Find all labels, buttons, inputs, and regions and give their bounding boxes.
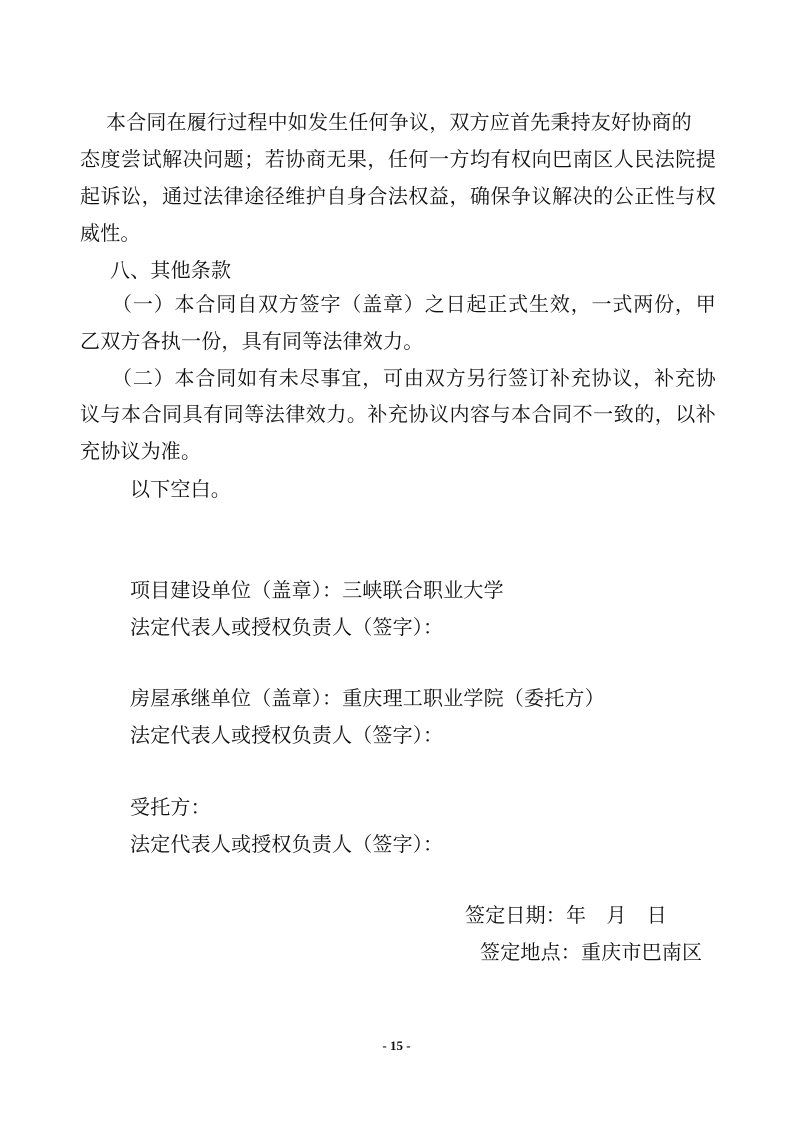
sign-date: 签定日期：年 月 日: [465, 902, 667, 928]
sign-place: 签定地点：重庆市巴南区: [480, 939, 702, 965]
clause-1-line-2: 乙双方各执一份，具有同等法律效力。: [80, 328, 423, 354]
party-c-representative: 法定代表人或授权负责人（签字）：: [130, 831, 443, 857]
party-c-unit: 受托方：: [130, 794, 211, 820]
party-a-representative: 法定代表人或授权负责人（签字）：: [130, 614, 443, 640]
party-b-representative: 法定代表人或授权负责人（签字）：: [130, 722, 443, 748]
clause-2-line-2: 议与本合同具有同等法律效力。补充协议内容与本合同不一致的，以补: [80, 401, 716, 427]
clause-1-line-1: （一）本合同自双方签字（盖章）之日起正式生效，一式两份，甲: [112, 291, 716, 317]
page-number: - 15 -: [0, 1038, 793, 1054]
clause-2-line-3: 充协议为准。: [80, 438, 201, 464]
party-a-unit: 项目建设单位（盖章）：三峡联合职业大学: [130, 577, 504, 603]
blank-note: 以下空白。: [130, 476, 231, 502]
clause-2-line-1: （二）本合同如有未尽事宜，可由双方另行签订补充协议，补充协: [112, 365, 716, 391]
section-heading: 八、其他条款: [110, 257, 231, 283]
dispute-paragraph-line-2: 态度尝试解决问题；若协商无果，任何一方均有权向巴南区人民法院提: [80, 146, 716, 172]
party-b-unit: 房屋承继单位（盖章）：重庆理工职业学院（委托方）: [130, 685, 605, 711]
dispute-paragraph-line-4: 威性。: [80, 220, 141, 246]
dispute-paragraph-line-1: 本合同在履行过程中如发生任何争议，双方应首先秉持友好协商的: [106, 109, 692, 135]
dispute-paragraph-line-3: 起诉讼，通过法律途径维护自身合法权益，确保争议解决的公正性与权: [80, 183, 716, 209]
